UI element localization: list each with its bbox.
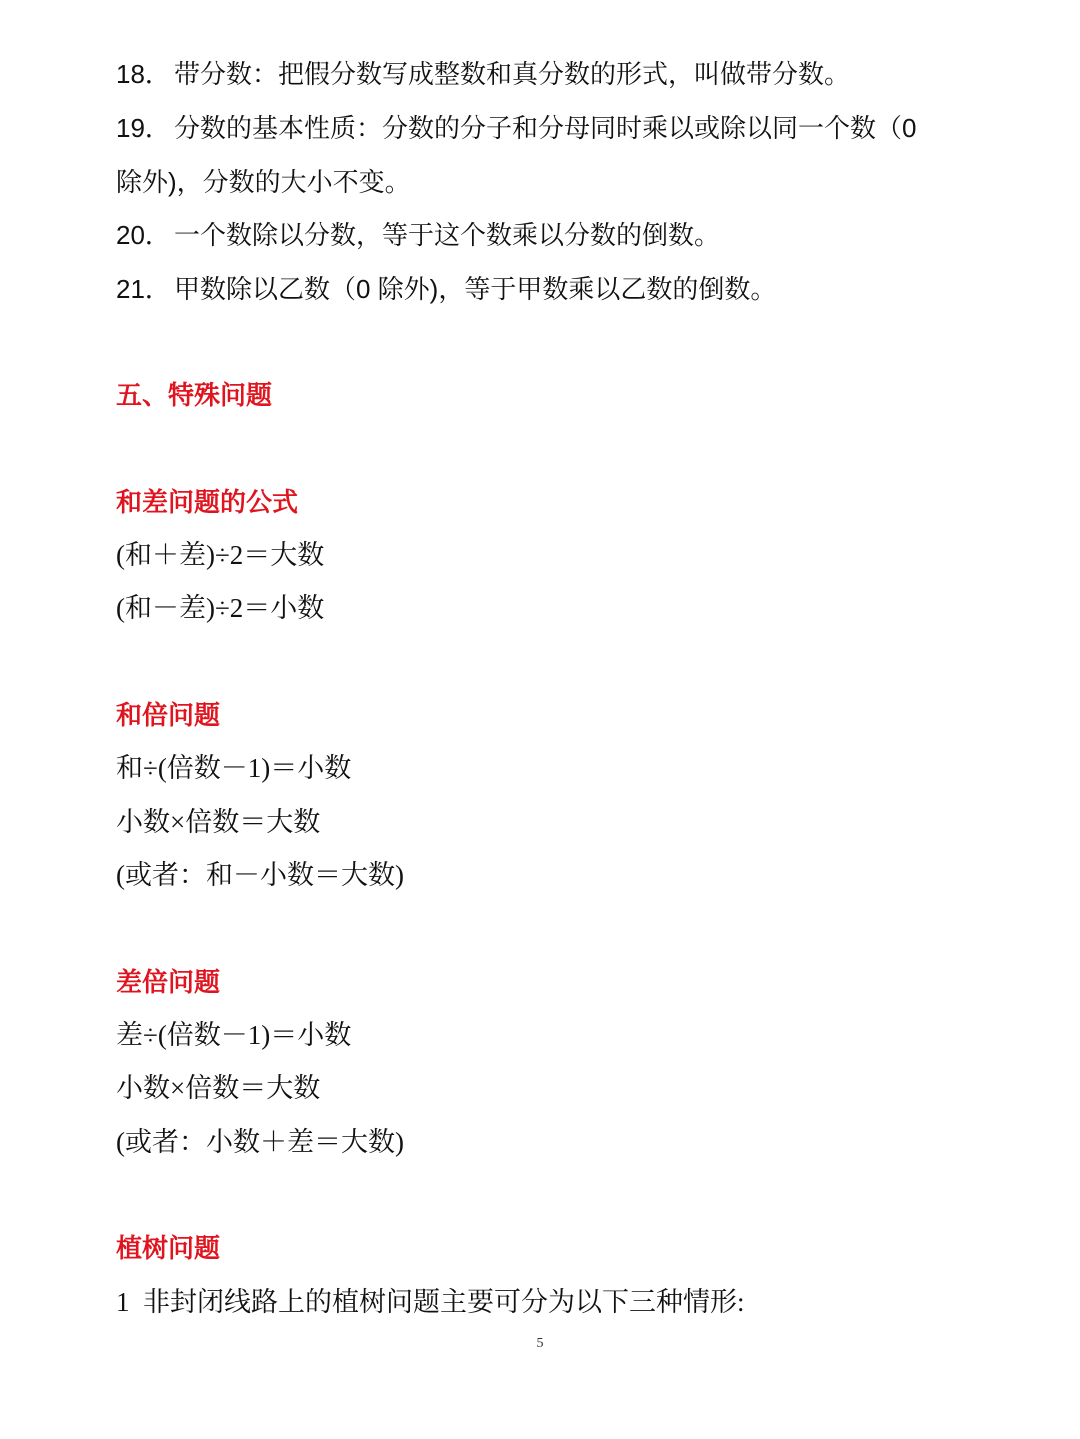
section-title: 五、特殊问题 [116,379,272,411]
item-number: 20． [116,219,174,251]
formula-line: (或者：和－小数＝大数) [116,859,404,891]
formula-line: (或者：小数＋差＝大数) [116,1126,404,1158]
item-20: 20．一个数除以分数，等于这个数乘以分数的倒数。 [116,219,720,251]
heading-sum-difference: 和差问题的公式 [116,486,298,518]
item-19-continuation: 除外)，分数的大小不变。 [116,166,411,198]
heading-tree-planting: 植树问题 [116,1232,220,1264]
formula-line: 和÷(倍数－1)＝小数 [116,752,351,784]
item-text: 带分数：把假分数写成整数和真分数的形式，叫做带分数。 [174,59,850,89]
item-text: 分数的基本性质：分数的分子和分母同时乘以或除以同一个数（0 [174,113,916,143]
page-number: 5 [0,1336,1080,1352]
item-text: 一个数除以分数，等于这个数乘以分数的倒数。 [174,220,720,250]
formula-line: 差÷(倍数－1)＝小数 [116,1019,351,1051]
item-18: 18．带分数：把假分数写成整数和真分数的形式，叫做带分数。 [116,58,850,90]
heading-difference-multiple: 差倍问题 [116,966,220,998]
formula-line: 小数×倍数＝大数 [116,1072,320,1104]
item-21: 21．甲数除以乙数（0 除外)，等于甲数乘以乙数的倒数。 [116,273,776,305]
item-19: 19．分数的基本性质：分数的分子和分母同时乘以或除以同一个数（0 [116,112,916,144]
heading-sum-multiple: 和倍问题 [116,699,220,731]
item-number: 19． [116,112,174,144]
item-number: 18． [116,58,174,90]
document-page: 18．带分数：把假分数写成整数和真分数的形式，叫做带分数。 19．分数的基本性质… [0,0,1080,1439]
item-text: 甲数除以乙数（0 除外)，等于甲数乘以乙数的倒数。 [174,274,776,304]
formula-line: (和＋差)÷2＝大数 [116,539,324,571]
formula-line: (和－差)÷2＝小数 [116,592,324,624]
formula-line: 1 非封闭线路上的植树问题主要可分为以下三种情形: [116,1286,745,1318]
formula-line: 小数×倍数＝大数 [116,806,320,838]
item-number: 21． [116,273,174,305]
